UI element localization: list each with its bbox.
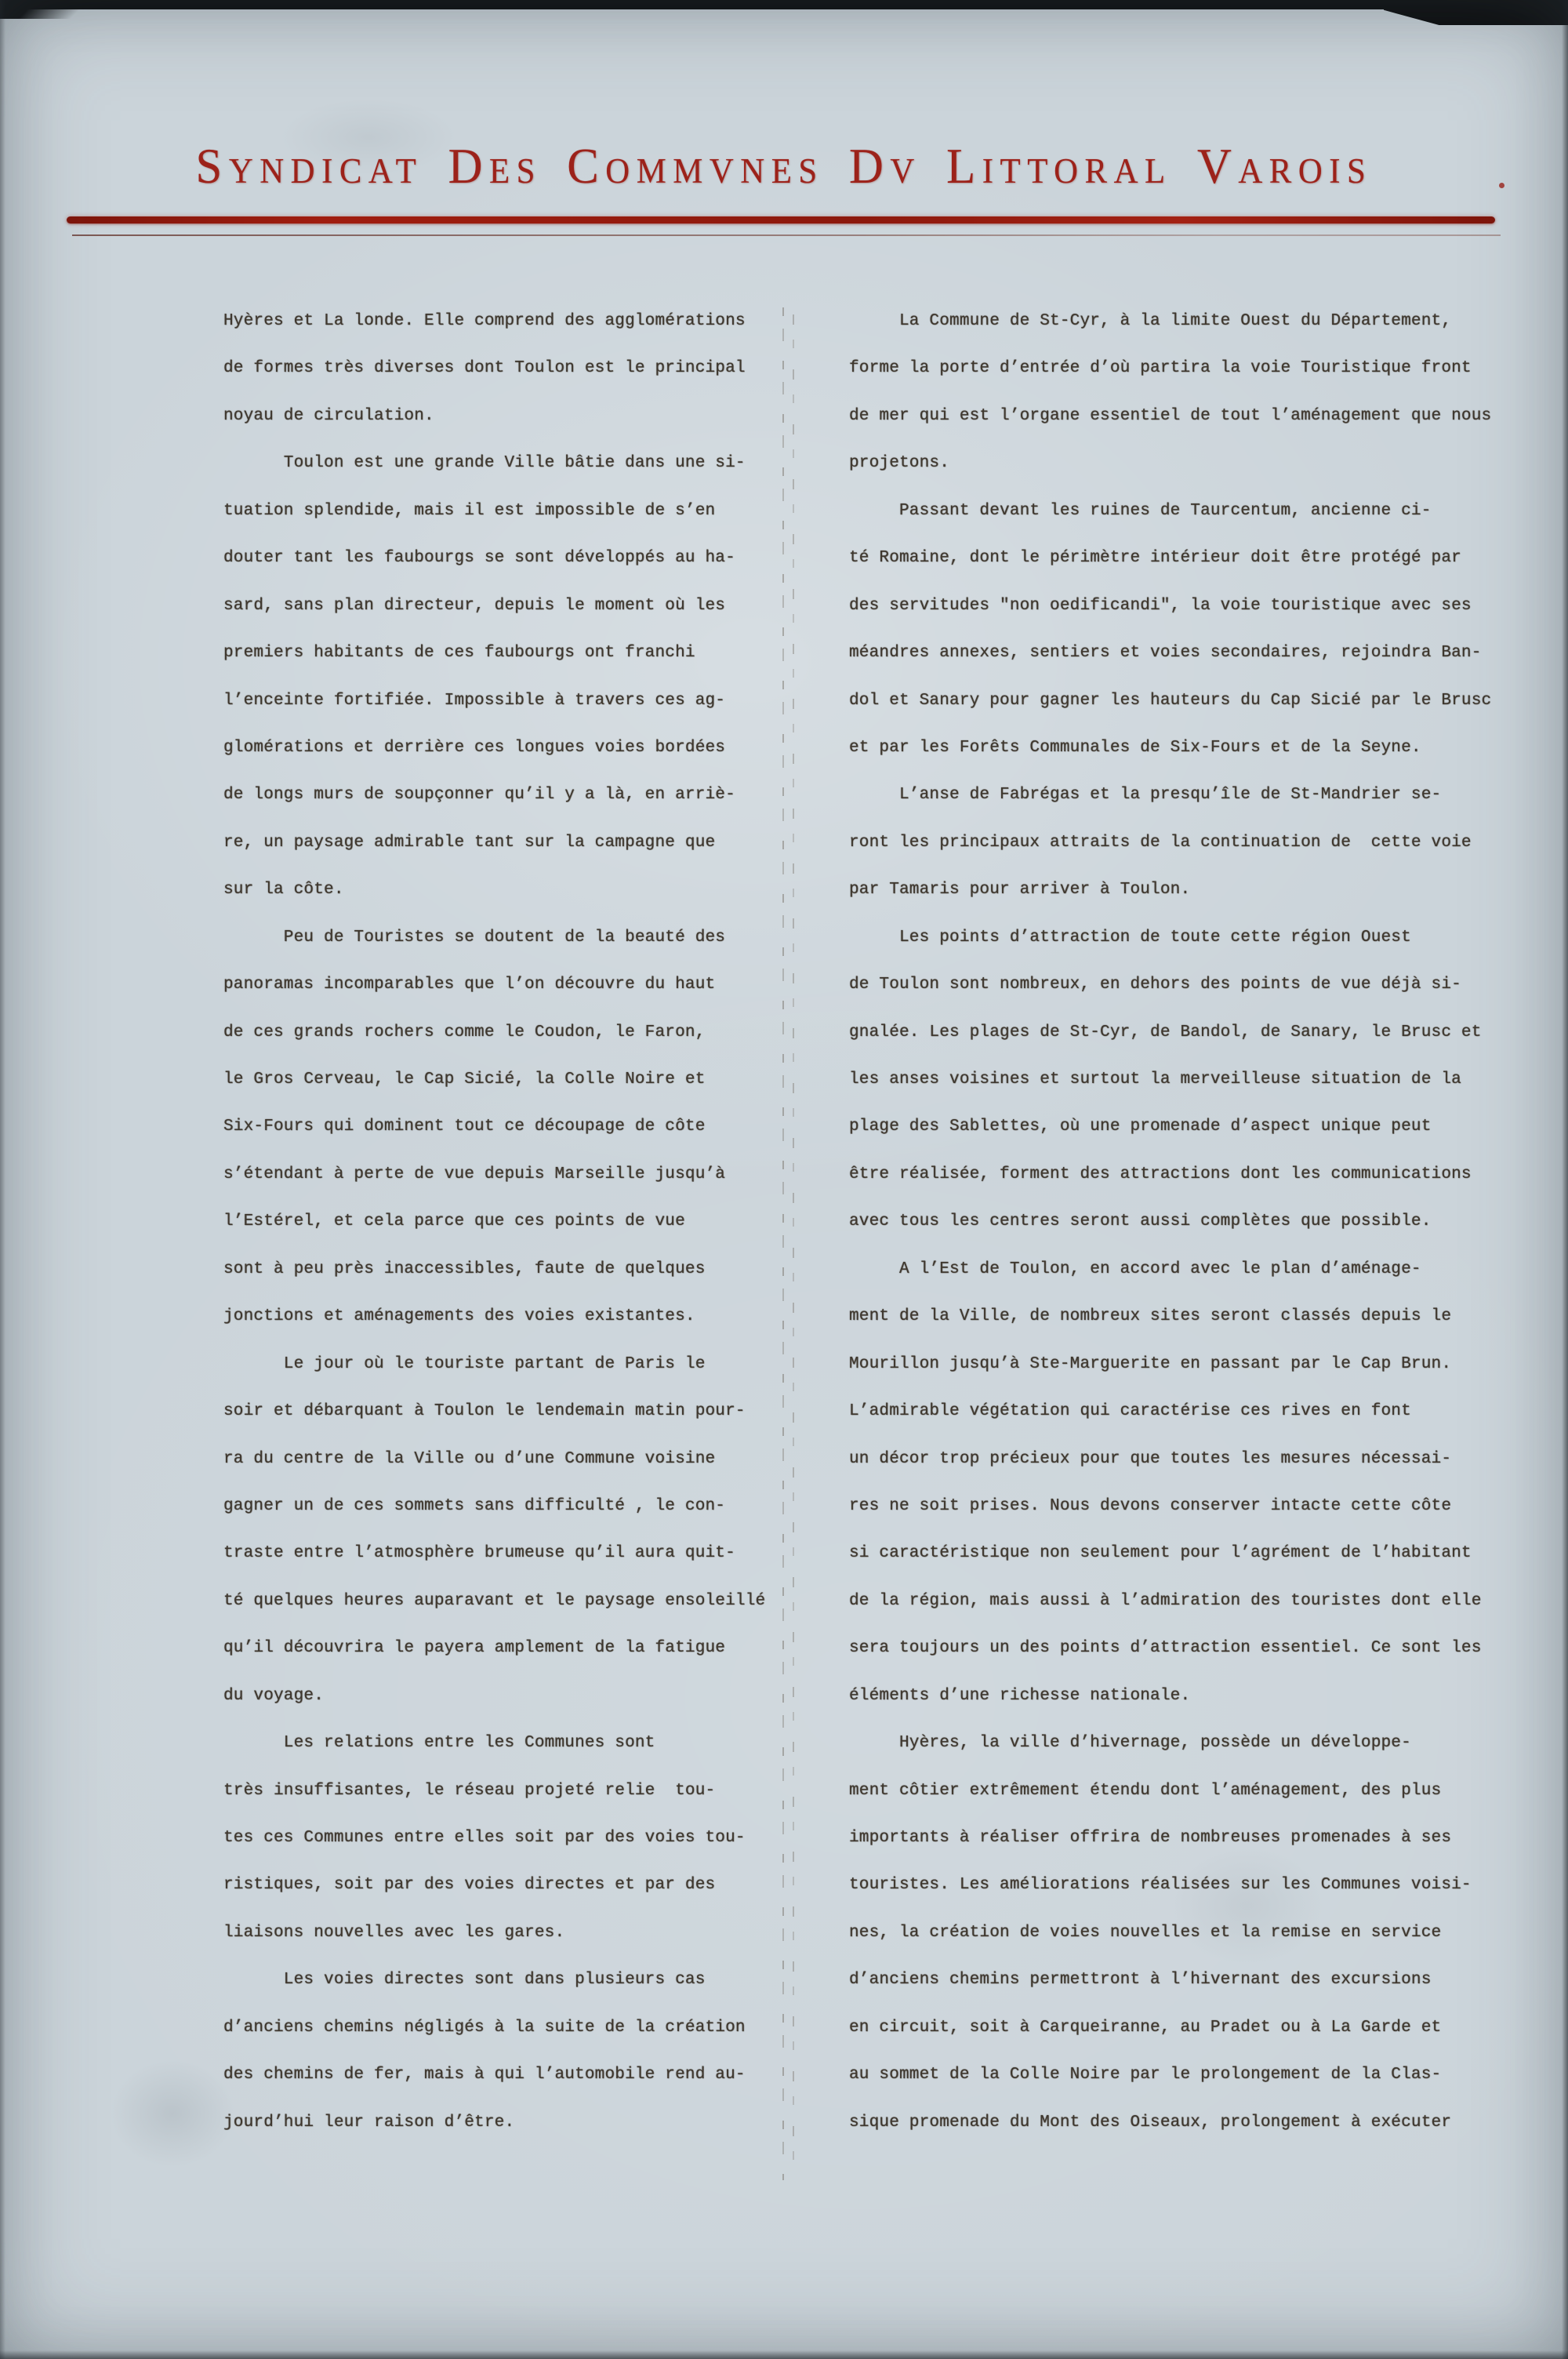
text-line: L’admirable végétation qui caractérise c… — [849, 1388, 1491, 1435]
text-line: té quelques heures auparavant et le pays… — [223, 1578, 765, 1625]
text-line: s’étendant à perte de vue depuis Marseil… — [223, 1151, 765, 1198]
text-line: projetons. — [849, 440, 1491, 487]
text-line: de ces grands rochers comme le Coudon, l… — [223, 1009, 765, 1056]
text-line: forme la porte d’entrée d’où partira la … — [849, 345, 1491, 392]
title-word: Commvnes — [567, 138, 823, 199]
text-line: ment de la Ville, de nombreux sites sero… — [849, 1293, 1491, 1340]
text-line: du voyage. — [223, 1673, 765, 1720]
text-line: en circuit, soit à Carqueiranne, au Prad… — [849, 2005, 1491, 2052]
text-line: jonctions et aménagements des voies exis… — [223, 1293, 765, 1340]
text-line: tuation splendide, mais il est impossibl… — [223, 488, 765, 535]
photo-edge-bottom — [0, 2350, 1568, 2359]
text-line: jourd’hui leur raison d’être. — [223, 2099, 765, 2146]
text-line: glomérations et derrière ces longues voi… — [223, 725, 765, 772]
text-line: de la région, mais aussi à l’admiration … — [849, 1578, 1491, 1625]
text-line: de longs murs de soupçonner qu’il y a là… — [223, 772, 765, 819]
text-line: très insuffisantes, le réseau projeté re… — [223, 1768, 765, 1815]
text-line: sont à peu près inaccessibles, faute de … — [223, 1246, 765, 1293]
title-word: Varois — [1197, 138, 1372, 199]
right-text-column: La Commune de St-Cyr, à la limite Ouest … — [849, 298, 1491, 2146]
text-line: re, un paysage admirable tant sur la cam… — [223, 820, 765, 867]
photo-corner-top-right — [1384, 0, 1568, 25]
text-line: tes ces Communes entre elles soit par de… — [223, 1815, 765, 1862]
text-line: et par les Forêts Communales de Six-Four… — [849, 725, 1491, 772]
page-title: SyndicatdesCommvnesdvLittoralVarois — [183, 138, 1385, 199]
text-line: d’anciens chemins permettront à l’hivern… — [849, 1957, 1491, 2004]
text-line: A l’Est de Toulon, en accord avec le pla… — [849, 1246, 1491, 1293]
text-line: méandres annexes, sentiers et voies seco… — [849, 630, 1491, 677]
photo-edge-right — [1562, 0, 1568, 2359]
text-line: le Gros Cerveau, le Cap Sicié, la Colle … — [223, 1056, 765, 1103]
text-line: les anses voisines et surtout la merveil… — [849, 1056, 1491, 1103]
text-line: Hyères et La londe. Elle comprend des ag… — [223, 298, 765, 345]
title-word: des — [448, 138, 542, 199]
text-line: Le jour où le touriste partant de Paris … — [223, 1341, 765, 1388]
text-line: liaisons nouvelles avec les gares. — [223, 1910, 765, 1957]
text-line: Les relations entre les Communes sont — [223, 1720, 765, 1767]
scanned-document-page: SyndicatdesCommvnesdvLittoralVarois Hyèr… — [0, 0, 1568, 2359]
text-line: touristes. Les améliorations réalisées s… — [849, 1862, 1491, 1909]
ink-dot — [1499, 183, 1504, 188]
text-line: ristiques, soit par des voies directes e… — [223, 1862, 765, 1909]
header-rule-thick — [67, 216, 1495, 224]
text-line: Six-Fours qui dominent tout ce découpage… — [223, 1103, 765, 1150]
left-text-column: Hyères et La londe. Elle comprend des ag… — [223, 298, 765, 2146]
text-line: de formes très diverses dont Toulon est … — [223, 345, 765, 392]
text-line: qu’il découvrira le payera amplement de … — [223, 1625, 765, 1672]
photo-corner-bottom-right — [1396, 2234, 1568, 2359]
text-line: des servitudes "non oedificandi", la voi… — [849, 583, 1491, 630]
text-line: au sommet de la Colle Noire par le prolo… — [849, 2052, 1491, 2099]
text-line: premiers habitants de ces faubourgs ont … — [223, 630, 765, 677]
text-line: panoramas incomparables que l’on découvr… — [223, 961, 765, 1009]
text-line: noyau de circulation. — [223, 393, 765, 440]
column-separator-line — [782, 307, 784, 2180]
title-word: Syndicat — [196, 138, 423, 199]
text-line: éléments d’une richesse nationale. — [849, 1673, 1491, 1720]
text-line: Les voies directes sont dans plusieurs c… — [223, 1957, 765, 2004]
text-line: sera toujours un des points d’attraction… — [849, 1625, 1491, 1672]
text-line: l’Estérel, et cela parce que ces points … — [223, 1198, 765, 1245]
text-line: Hyères, la ville d’hivernage, possède un… — [849, 1720, 1491, 1767]
text-line: Peu de Touristes se doutent de la beauté… — [223, 914, 765, 961]
text-line: traste entre l’atmosphère brumeuse qu’il… — [223, 1530, 765, 1577]
text-line: té Romaine, dont le périmètre intérieur … — [849, 535, 1491, 582]
text-line: avec tous les centres seront aussi compl… — [849, 1198, 1491, 1245]
text-line: par Tamaris pour arriver à Toulon. — [849, 867, 1491, 914]
text-line: d’anciens chemins négligés à la suite de… — [223, 2005, 765, 2052]
text-line: de mer qui est l’organe essentiel de tou… — [849, 393, 1491, 440]
text-line: sur la côte. — [223, 867, 765, 914]
text-line: res ne soit prises. Nous devons conserve… — [849, 1483, 1491, 1530]
text-line: plage des Sablettes, où une promenade d’… — [849, 1103, 1491, 1150]
text-line: sard, sans plan directeur, depuis le mom… — [223, 583, 765, 630]
text-line: si caractéristique non seulement pour l’… — [849, 1530, 1491, 1577]
text-line: Passant devant les ruines de Taurcentum,… — [849, 488, 1491, 535]
text-line: nes, la création de voies nouvelles et l… — [849, 1910, 1491, 1957]
column-separator-line — [793, 307, 794, 2180]
photo-edge-top — [0, 0, 1568, 9]
text-line: ront les principaux attraits de la conti… — [849, 820, 1491, 867]
text-line: importants à réaliser offrira de nombreu… — [849, 1815, 1491, 1862]
title-word: Littoral — [946, 138, 1172, 199]
text-line: ra du centre de la Ville ou d’une Commun… — [223, 1436, 765, 1483]
text-line: gagner un de ces sommets sans difficulté… — [223, 1483, 765, 1530]
text-line: gnalée. Les plages de St-Cyr, de Bandol,… — [849, 1009, 1491, 1056]
text-line: être réalisée, forment des attractions d… — [849, 1151, 1491, 1198]
text-line: de Toulon sont nombreux, en dehors des p… — [849, 961, 1491, 1009]
header-rule-thin — [72, 234, 1501, 236]
text-line: dol et Sanary pour gagner les hauteurs d… — [849, 678, 1491, 725]
photo-edge-left — [0, 0, 5, 2359]
text-line: ment côtier extrêmement étendu dont l’am… — [849, 1768, 1491, 1815]
text-line: La Commune de St-Cyr, à la limite Ouest … — [849, 298, 1491, 345]
text-line: l’enceinte fortifiée. Impossible à trave… — [223, 678, 765, 725]
text-line: douter tant les faubourgs se sont dévelo… — [223, 535, 765, 582]
text-line: Les points d’attraction de toute cette r… — [849, 914, 1491, 961]
photo-corner-top-left — [0, 0, 86, 19]
text-line: Toulon est une grande Ville bâtie dans u… — [223, 440, 765, 487]
text-line: Mourillon jusqu’à Ste-Marguerite en pass… — [849, 1341, 1491, 1388]
text-line: des chemins de fer, mais à qui l’automob… — [223, 2052, 765, 2099]
text-line: sique promenade du Mont des Oiseaux, pro… — [849, 2099, 1491, 2146]
text-line: L’anse de Fabrégas et la presqu’île de S… — [849, 772, 1491, 819]
text-line: soir et débarquant à Toulon le lendemain… — [223, 1388, 765, 1435]
title-word: dv — [849, 138, 921, 199]
text-line: un décor trop précieux pour que toutes l… — [849, 1436, 1491, 1483]
document-header: SyndicatdesCommvnesdvLittoralVarois — [0, 138, 1568, 199]
